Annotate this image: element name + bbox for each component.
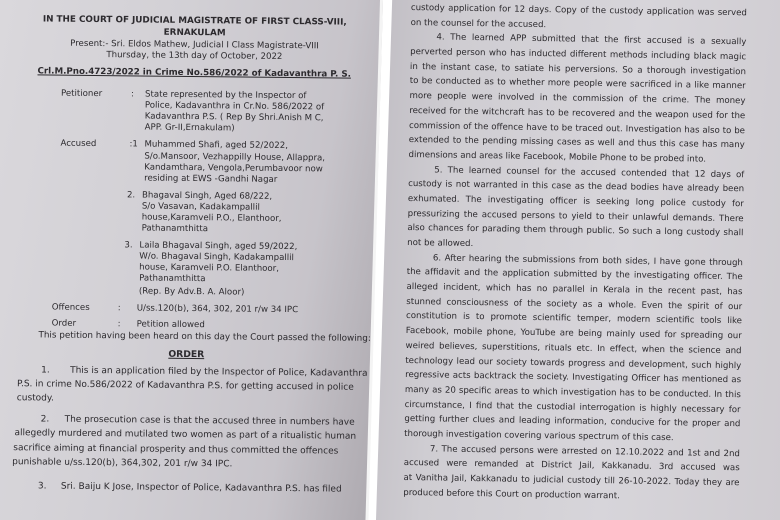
offences-value: U/ss.120(b), 364, 302, 201 r/w 34 IPC (137, 303, 298, 316)
petitioner-separator: : (131, 89, 134, 100)
paragraph-number: 2. (41, 414, 50, 425)
paragraph-line: allegedly murdered and mutilated two wom… (14, 428, 356, 443)
accused-representation: (Rep. By Adv.B. A. Aloor) (139, 286, 245, 298)
accused-label: Accused (60, 139, 96, 150)
order-value: Petition allowed (137, 319, 205, 331)
left-document-page: IN THE COURT OF JUDICIAL MAGISTRATE OF F… (0, 0, 383, 520)
paragraph-number: 3. (38, 481, 47, 492)
accused-number: 2. (127, 190, 135, 201)
case-title: Crl.M.Pno.4723/2022 in Crime No.586/2022… (0, 66, 383, 81)
accused-line: Pathanamthitta (139, 273, 206, 285)
right-page-content: custody application for 12 days. Copy of… (403, 1, 747, 506)
offences-label: Offences (52, 303, 90, 314)
paragraph-line: Sri. Baiju K Jose, Inspector of Police, … (61, 482, 342, 496)
order-separator: : (118, 319, 121, 330)
paragraph-line: punishable u/ss.120(b), 364,302, 201 r/w… (12, 457, 232, 470)
accused-line: residing at EWS -Gandhi Nagar (144, 174, 277, 186)
accused-number: :1 (129, 139, 137, 150)
petitioner-label: Petitioner (61, 89, 102, 100)
paragraph-line: custody. (17, 393, 54, 404)
order-label: Order (52, 319, 77, 330)
paragraph-line: This is an application filed by the Insp… (70, 366, 367, 380)
paragraph-line: The prosecution case is that the accused… (65, 415, 355, 429)
paragraph-number: 1. (41, 365, 50, 376)
order-heading: ORDER (0, 347, 376, 362)
right-document-page: custody application for 12 days. Copy of… (376, 0, 780, 520)
paragraph-line: sacrifice aiming at financial prosperity… (13, 443, 338, 457)
offences-separator: : (118, 303, 121, 314)
heard-statement: This petition having been heard on this … (38, 330, 370, 344)
left-page-content: IN THE COURT OF JUDICIAL MAGISTRATE OF F… (0, 0, 383, 4)
accused-line: Muhammed Shafi, aged 52/2022, (144, 140, 288, 153)
paragraph-line: P.S. in crime No.586/2022 of Kadavanthra… (17, 379, 354, 394)
petitioner-line: APP. Gr-II,Ernakulam) (145, 123, 235, 135)
accused-line: Pathanamthitta (142, 223, 209, 235)
accused-number: 3. (124, 240, 132, 251)
